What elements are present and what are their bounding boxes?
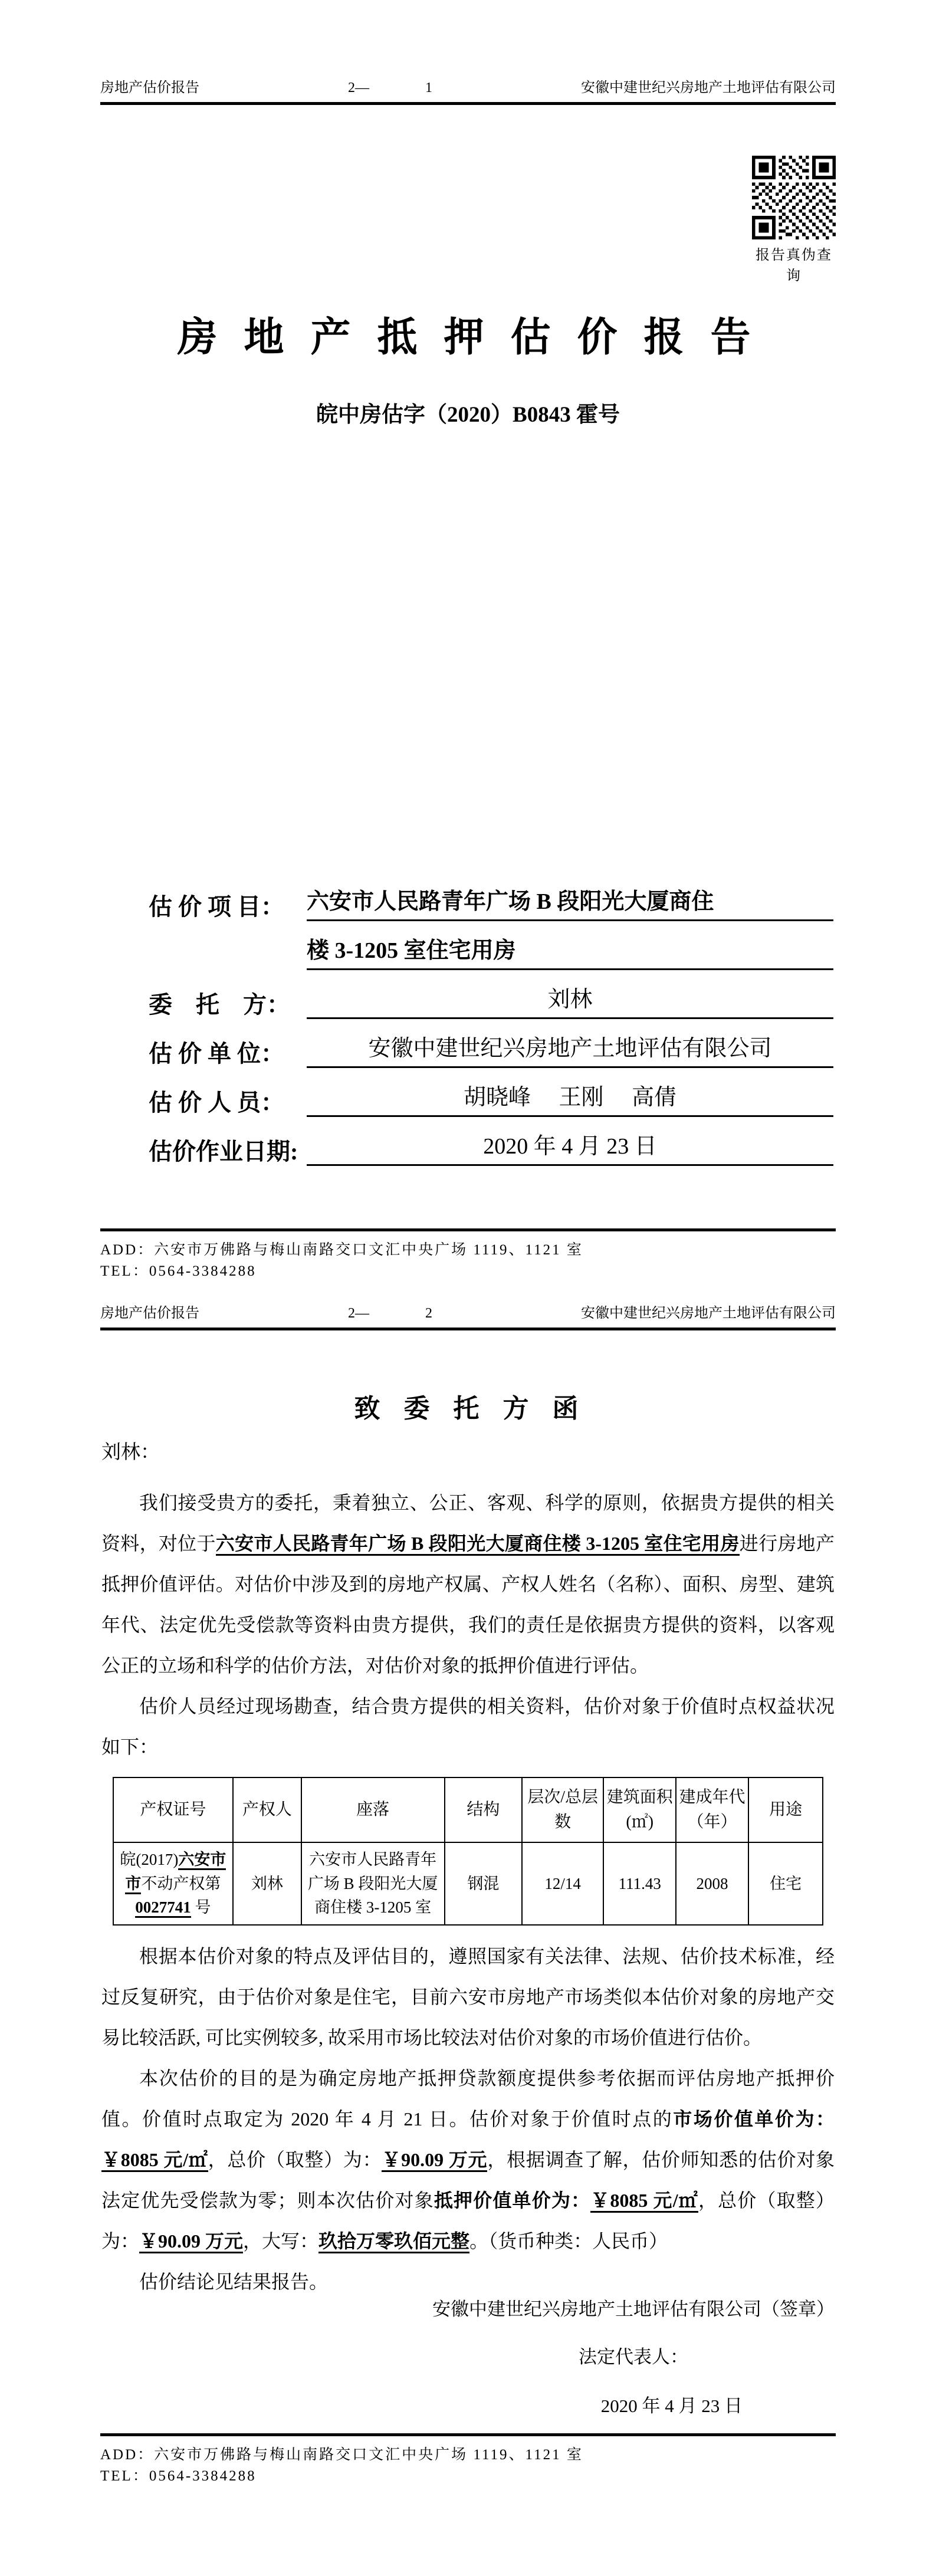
footer-telephone: TEL：0564-3384288 bbox=[100, 1261, 836, 1282]
report-title: 房 地 产 抵 押 估 价 报 告 bbox=[0, 305, 936, 363]
p4-text: ，大写： bbox=[243, 2230, 318, 2252]
p4-mortgage-price-label: 抵押价值单价为： bbox=[434, 2190, 590, 2211]
signature-date: 2020 年 4 月 23 日 bbox=[101, 2391, 835, 2417]
letter-body: 我们接受贵方的委托，秉着独立、公正、客观、科学的原则，依据贵方提供的相关资料，对… bbox=[101, 1483, 835, 2302]
client-value: 刘林 bbox=[307, 985, 833, 1019]
date-label: 估价作业日期: bbox=[149, 1138, 307, 1166]
project-label: 估 价 项 目： bbox=[149, 893, 307, 921]
client-label: 委 托 方： bbox=[149, 991, 307, 1019]
cover-form: 估 价 项 目： 六安市人民路青年广场 B 段阳光大厦商住 楼 3-1205 室… bbox=[149, 888, 833, 1181]
footer-telephone: TEL：0564-3384288 bbox=[100, 2466, 836, 2487]
form-row-date: 估价作业日期: 2020 年 4 月 23 日 bbox=[149, 1132, 833, 1166]
cell-cert-no: 皖(2017)六安市市不动产权第0027741 号 bbox=[113, 1842, 233, 1925]
page2-running-footer: ADD：六安市万佛路与梅山南路交口文汇中央广场 1119、1121 室 TEL：… bbox=[100, 2433, 836, 2487]
p4-market-price-label: 市场价值单价为： bbox=[673, 2108, 835, 2130]
header-company-name: 安徽中建世纪兴房地产土地评估有限公司 bbox=[581, 1301, 836, 1322]
header-page-number: 2— 1 bbox=[348, 80, 432, 96]
cell-year: 2008 bbox=[676, 1842, 748, 1925]
p4-unit-price-2: ￥8085 元/㎡ bbox=[590, 2190, 698, 2213]
p4-total-price-2: ￥90.09 万元 bbox=[139, 2230, 243, 2253]
header-page-prefix: 2— bbox=[348, 80, 369, 96]
staff-label: 估 价 人 员： bbox=[149, 1089, 307, 1117]
signature-block: 安徽中建世纪兴房地产土地评估有限公司（签章） 法定代表人： 2020 年 4 月… bbox=[101, 2294, 835, 2417]
header-page-prefix: 2— bbox=[348, 1306, 369, 1322]
cell-area: 111.43 bbox=[603, 1842, 676, 1925]
form-row-client: 委 托 方： 刘林 bbox=[149, 985, 833, 1019]
letter-title: 致 委 托 方 函 bbox=[0, 1387, 936, 1425]
col-area: 建筑面积(㎡) bbox=[603, 1777, 676, 1842]
page1-running-footer: ADD：六安市万佛路与梅山南路交口文汇中央广场 1119、1121 室 TEL：… bbox=[100, 1228, 836, 1282]
cell-location: 六安市人民路青年广场 B 段阳光大厦商住楼 3-1205 室 bbox=[301, 1842, 445, 1925]
p4-unit-price: ￥8085 元/㎡ bbox=[101, 2149, 208, 2172]
table-header-row: 产权证号 产权人 座落 结构 层次/总层数 建筑面积(㎡) 建成年代（年） 用途 bbox=[113, 1777, 823, 1842]
p4-currency-note: 。（货币种类：人民币） bbox=[469, 2230, 668, 2252]
header-page-number: 2— 2 bbox=[348, 1306, 432, 1322]
paragraph-2: 估价人员经过现场勘查，结合贵方提供的相关资料，估价对象于价值时点权益状况如下： bbox=[101, 1686, 835, 1767]
p4-price-in-words: 玖拾万零玖佰元整 bbox=[318, 2230, 469, 2253]
cell-owner: 刘林 bbox=[233, 1842, 301, 1925]
project-value-line1: 六安市人民路青年广场 B 段阳光大厦商住 bbox=[307, 888, 833, 921]
form-row-staff: 估 价 人 员： 胡晓峰 王刚 高倩 bbox=[149, 1083, 833, 1117]
col-use: 用途 bbox=[748, 1777, 823, 1842]
cert-prefix: 皖(2017) bbox=[120, 1851, 178, 1868]
page-1: 房地产估价报告 2— 1 安徽中建世纪兴房地产土地评估有限公司 报告真伪查询 房… bbox=[0, 0, 936, 1288]
col-year: 建成年代（年） bbox=[676, 1777, 748, 1842]
col-cert-no: 产权证号 bbox=[113, 1777, 233, 1842]
p4-text: ，总价（取整）为： bbox=[208, 2149, 382, 2170]
p4-total-price: ￥90.09 万元 bbox=[382, 2149, 487, 2172]
header-company-name: 安徽中建世纪兴房地产土地评估有限公司 bbox=[581, 75, 836, 96]
staff-value: 胡晓峰 王刚 高倩 bbox=[307, 1083, 833, 1117]
header-page-no: 2 bbox=[425, 1306, 432, 1322]
qr-block: 报告真伪查询 bbox=[750, 156, 838, 284]
footer-address: ADD：六安市万佛路与梅山南路交口文汇中央广场 1119、1121 室 bbox=[100, 1240, 836, 1261]
header-doc-type: 房地产估价报告 bbox=[100, 1301, 199, 1322]
page2-running-header: 房地产估价报告 2— 2 安徽中建世纪兴房地产土地评估有限公司 bbox=[100, 1301, 836, 1330]
col-floors: 层次/总层数 bbox=[522, 1777, 603, 1842]
cert-mid: 不动产权第 bbox=[141, 1875, 221, 1892]
property-rights-table: 产权证号 产权人 座落 结构 层次/总层数 建筑面积(㎡) 建成年代（年） 用途… bbox=[113, 1777, 824, 1926]
paragraph-4: 本次估价的目的是为确定房地产抵押贷款额度提供参考依据而评估房地产抵押价值。价值时… bbox=[101, 2058, 835, 2262]
page-2: 房地产估价报告 2— 2 安徽中建世纪兴房地产土地评估有限公司 致 委 托 方 … bbox=[0, 1288, 936, 2576]
col-structure: 结构 bbox=[445, 1777, 522, 1842]
page1-running-header: 房地产估价报告 2— 1 安徽中建世纪兴房地产土地评估有限公司 bbox=[100, 75, 836, 105]
form-row-project: 估 价 项 目： 六安市人民路青年广场 B 段阳光大厦商住 bbox=[149, 888, 833, 921]
agency-label: 估 价 单 位： bbox=[149, 1040, 307, 1068]
signature-company: 安徽中建世纪兴房地产土地评估有限公司（签章） bbox=[101, 2294, 835, 2321]
project-value-line2: 楼 3-1205 室住宅用房 bbox=[307, 937, 833, 970]
cert-suffix: 号 bbox=[191, 1898, 211, 1916]
footer-address: ADD：六安市万佛路与梅山南路交口文汇中央广场 1119、1121 室 bbox=[100, 2444, 836, 2466]
table-data-row: 皖(2017)六安市市不动产权第0027741 号 刘林 六安市人民路青年广场 … bbox=[113, 1842, 823, 1925]
qr-caption: 报告真伪查询 bbox=[750, 243, 838, 284]
form-row-agency: 估 价 单 位： 安徽中建世纪兴房地产土地评估有限公司 bbox=[149, 1034, 833, 1068]
letter-salutation: 刘林： bbox=[101, 1437, 160, 1464]
cell-use: 住宅 bbox=[748, 1842, 823, 1925]
report-doc-number: 皖中房估字（2020）B0843 霍号 bbox=[0, 396, 936, 428]
cert-number: 0027741 bbox=[135, 1898, 191, 1918]
col-location: 座落 bbox=[301, 1777, 445, 1842]
cell-structure: 钢混 bbox=[445, 1842, 522, 1925]
header-doc-type: 房地产估价报告 bbox=[100, 75, 199, 96]
date-value: 2020 年 4 月 23 日 bbox=[307, 1132, 833, 1166]
agency-value: 安徽中建世纪兴房地产土地评估有限公司 bbox=[307, 1034, 833, 1068]
p1-property-name: 六安市人民路青年广场 B 段阳光大厦商住楼 3-1205 室住宅用房 bbox=[216, 1533, 740, 1556]
paragraph-1: 我们接受贵方的委托，秉着独立、公正、客观、科学的原则，依据贵方提供的相关资料，对… bbox=[101, 1483, 835, 1686]
qr-code-image bbox=[752, 156, 836, 239]
paragraph-3: 根据本估价对象的特点及评估目的，遵照国家有关法律、法规、估价技术标准，经过反复研… bbox=[101, 1936, 835, 2058]
form-row-project-cont: 楼 3-1205 室住宅用房 bbox=[149, 937, 833, 970]
header-page-no: 1 bbox=[425, 80, 432, 96]
col-owner: 产权人 bbox=[233, 1777, 301, 1842]
signature-legal-rep: 法定代表人： bbox=[101, 2342, 835, 2368]
cell-floors: 12/14 bbox=[522, 1842, 603, 1925]
